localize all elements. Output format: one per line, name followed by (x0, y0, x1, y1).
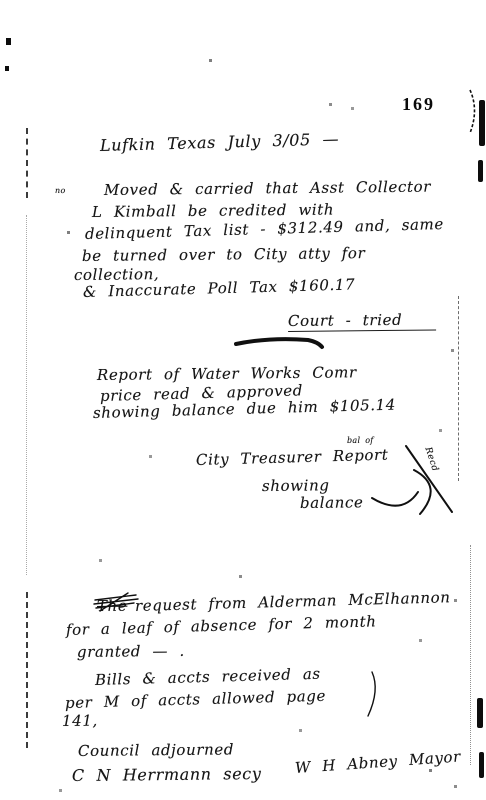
left-margin-rule-top (26, 128, 28, 198)
binding-mark (479, 752, 484, 778)
underline-flourish (236, 339, 322, 347)
entry4-line3: 141, (62, 712, 98, 730)
entry3-struck-word: The (97, 597, 128, 615)
entry3-line2: for a leaf of absence for 2 month (66, 612, 377, 639)
treasurer-paren-flourish (372, 492, 418, 506)
left-margin-rule-bottom (26, 592, 28, 748)
binding-mark (479, 100, 485, 146)
right-margin-rule-lower (470, 545, 471, 765)
margin-note: no (55, 186, 66, 195)
page-number: 169 (402, 94, 435, 115)
ruling-note: Court - tried (288, 310, 436, 332)
entry1-line2: L Kimball be credited with (92, 200, 334, 221)
dateline: Lufkin Texas July 3/05 — (100, 129, 340, 155)
treasurer-curve-flourish (414, 470, 431, 514)
entry1-line1: Moved & carried that Asst Collector (104, 178, 431, 199)
binding-mark (6, 38, 11, 45)
binding-mark (478, 160, 483, 182)
secretary-signature: C N Herrmann secy (72, 764, 262, 785)
pen-tail-stroke (368, 672, 375, 716)
entry4-line1: Bills & accts received as (95, 665, 321, 689)
treasurer-side-note: Recd (422, 446, 439, 473)
entry1-line4: be turned over to City atty for (82, 244, 365, 265)
scan-speckle (0, 0, 1, 1)
mayor-signature: W H Abney Mayor (294, 747, 461, 777)
closing-line: Council adjourned (78, 740, 234, 760)
treasurer-superscript: bal of (347, 436, 374, 445)
folio-bracket (470, 90, 475, 133)
treasurer-line3: balance (300, 493, 364, 512)
entry3-line3: granted — . (77, 642, 185, 661)
treasurer-line2: showing (262, 476, 330, 495)
treasurer-line1: City Treasurer Report (196, 446, 389, 469)
entry4-line2: per M of accts allowed page (65, 687, 326, 712)
left-margin-rule-middle (26, 215, 27, 575)
entry3-line1: request from Alderman McElhannon (135, 588, 451, 615)
right-margin-rule (458, 296, 459, 481)
binding-mark (5, 66, 9, 71)
binding-mark (477, 698, 483, 728)
scanned-ledger-page: 169 Lufkin Texas July 3/05 — no Moved & … (0, 0, 486, 800)
entry2-line1: Report of Water Works Comr (97, 363, 357, 384)
